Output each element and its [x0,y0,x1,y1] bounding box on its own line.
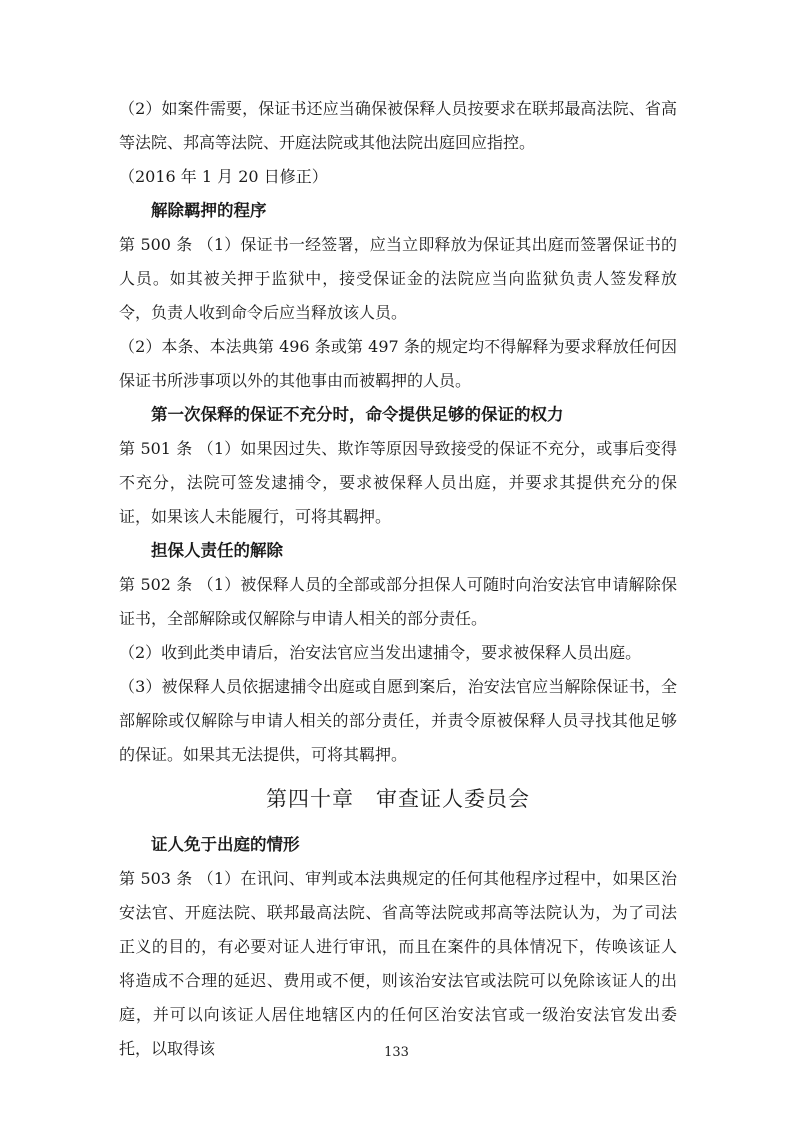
body-paragraph: （3）被保释人员依据逮捕令出庭或自愿到案后，治安法官应当解除保证书，全部解除或仅… [119,670,677,772]
body-paragraph: （2）本条、本法典第 496 条或第 497 条的规定均不得解释为要求释放任何因… [119,330,677,398]
section-heading: 担保人责任的解除 [119,534,677,568]
chapter-title: 第四十章 审查证人委员会 [119,778,677,820]
body-paragraph: 第 503 条 （1）在讯问、审判或本法典规定的任何其他程序过程中，如果区治安法… [119,862,677,1066]
section-heading: 证人免于出庭的情形 [119,828,677,862]
section-heading: 解除羁押的程序 [119,194,677,228]
body-paragraph: 第 500 条 （1）保证书一经签署，应当立即释放为保证其出庭而签署保证书的人员… [119,228,677,330]
document-content: （2）如案件需要，保证书还应当确保被保释人员按要求在联邦最高法院、省高等法院、邦… [119,92,677,1066]
body-paragraph: （2）收到此类申请后，治安法官应当发出逮捕令，要求被保释人员出庭。 [119,636,677,670]
body-paragraph: 第 502 条 （1）被保释人员的全部或部分担保人可随时向治安法官申请解除保证书… [119,568,677,636]
section-heading: 第一次保释的保证不充分时，命令提供足够的保证的权力 [119,398,677,432]
body-paragraph: （2）如案件需要，保证书还应当确保被保释人员按要求在联邦最高法院、省高等法院、邦… [119,92,677,160]
body-paragraph: 第 501 条 （1）如果因过失、欺诈等原因导致接受的保证不充分，或事后变得不充… [119,432,677,534]
body-paragraph: （2016 年 1 月 20 日修正） [119,160,677,194]
page-number: 133 [0,1045,793,1060]
document-page: （2）如案件需要，保证书还应当确保被保释人员按要求在联邦最高法院、省高等法院、邦… [0,0,793,1122]
